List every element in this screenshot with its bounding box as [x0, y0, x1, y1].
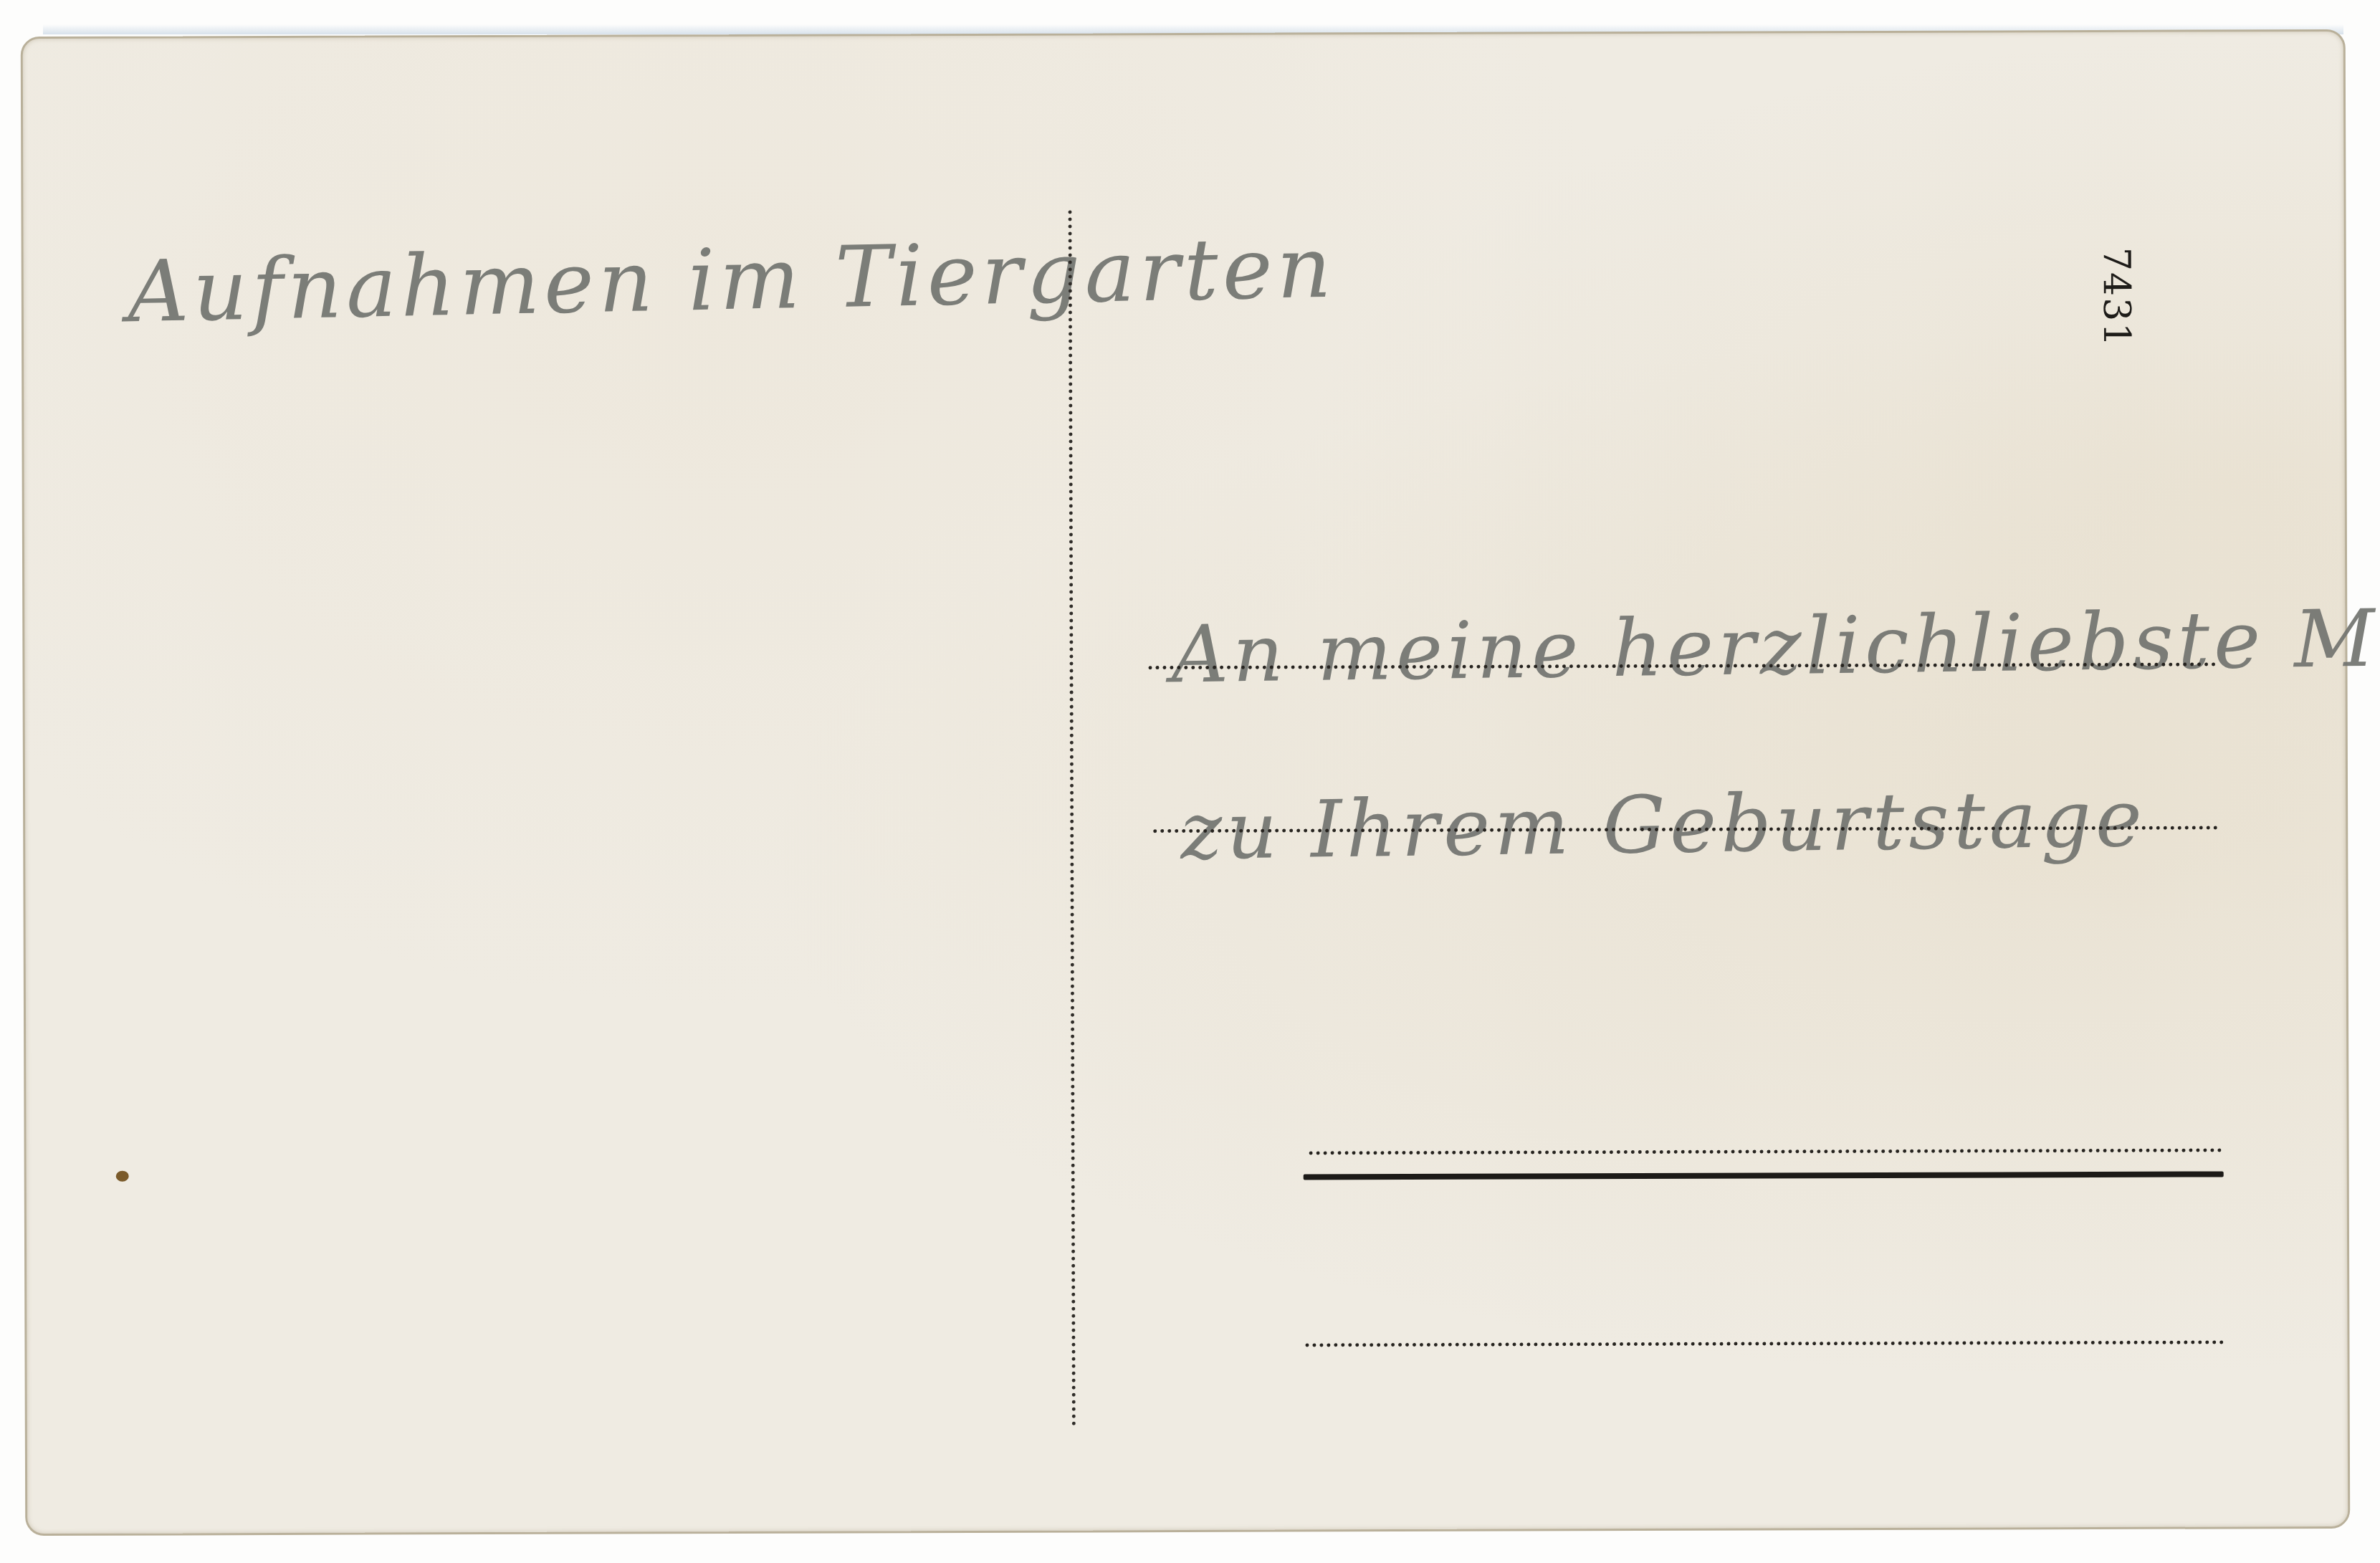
paper-speck: [116, 1171, 129, 1182]
center-divider: [1068, 210, 1075, 1426]
scan-background: Aufnahmen im Tiergarten 7431 An meine he…: [0, 0, 2380, 1563]
address-line-2-text: zu Ihrem Geburtstage: [1180, 773, 2146, 877]
handwritten-caption: Aufnahmen im Tiergarten: [127, 218, 1337, 342]
address-rule-3: [1309, 1148, 2222, 1155]
address-line-1-text: An meine herzlichliebste Mutter: [1171, 589, 2380, 700]
postcard-back: Aufnahmen im Tiergarten 7431 An meine he…: [21, 29, 2351, 1536]
address-rule-4: [1305, 1340, 2224, 1347]
serial-number: 7431: [2095, 247, 2138, 348]
address-rule-solid: [1304, 1171, 2224, 1180]
